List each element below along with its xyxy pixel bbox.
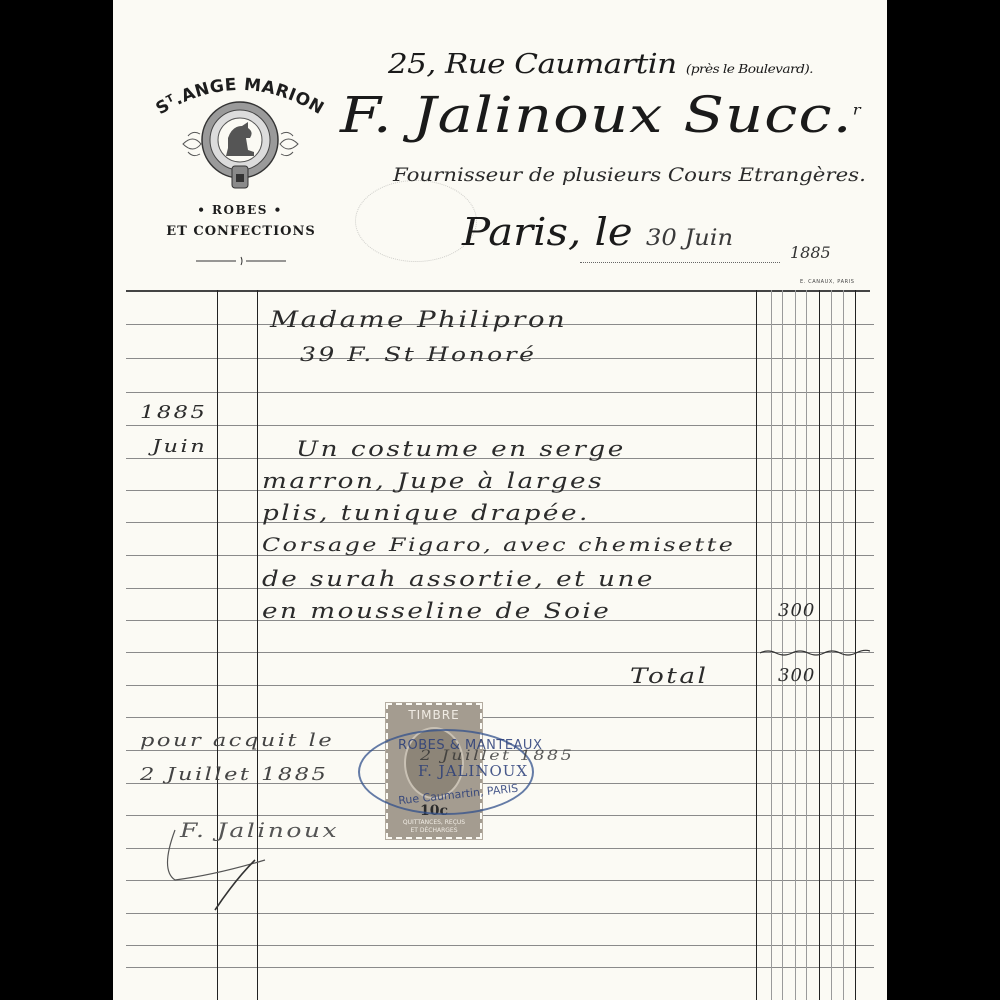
line-item-4: Corsage Figaro, avec chemisette bbox=[262, 534, 735, 556]
firm-name: F. Jalinoux Succ.r bbox=[340, 86, 862, 144]
ledger-rule bbox=[126, 685, 874, 686]
stamp-footer: QUITTANCES, REÇUS ET DÉCHARGES bbox=[388, 819, 480, 835]
customer-name: Madame Philipron bbox=[270, 308, 567, 333]
receipt-date-line: 2 Juillet 1885 bbox=[140, 764, 328, 785]
ledger-rule bbox=[126, 967, 874, 968]
tagline-confections: ET CONFECTIONS bbox=[148, 224, 334, 239]
customer-address: 39 F. St Honoré bbox=[300, 342, 536, 366]
cancel-stamp-line-2: F. JALINOUX bbox=[418, 762, 528, 780]
entry-month: Juin bbox=[152, 436, 207, 457]
ledger-rule bbox=[126, 815, 874, 816]
amount-subcolumn-line bbox=[771, 290, 772, 1000]
faint-stamp-imprint bbox=[355, 180, 477, 262]
amount-subcolumn-line bbox=[795, 290, 796, 1000]
ledger-rule bbox=[126, 392, 874, 393]
tagline-robes: • ROBES • bbox=[180, 203, 300, 217]
receipt-acquit-line: pour acquit le bbox=[140, 730, 334, 751]
printer-credit: E. CANAUX, PARIS bbox=[800, 279, 855, 285]
ledger-top-rule bbox=[126, 290, 870, 292]
line-item-6: en mousseline de Soie bbox=[262, 599, 611, 623]
dateline-day: 30 Juin bbox=[646, 226, 733, 251]
dateline: Paris, le 30 Juin bbox=[462, 210, 733, 254]
line-item-2: marron, Jupe à larges bbox=[262, 469, 604, 493]
address-note: (près le Boulevard). bbox=[686, 62, 813, 76]
amount-subcolumn-line bbox=[806, 290, 807, 1000]
amount-subcolumn-line bbox=[782, 290, 783, 1000]
supplier-line: Fournisseur de plusieurs Cours Etrangère… bbox=[393, 164, 866, 186]
ledger-rule bbox=[126, 717, 874, 718]
crest-belt-emblem-icon bbox=[178, 94, 303, 194]
ledger-right-line bbox=[855, 290, 856, 1000]
ledger-rule bbox=[126, 425, 874, 426]
dateline-year: 1885 bbox=[790, 243, 831, 262]
dateline-rule bbox=[580, 262, 780, 263]
dateline-city: Paris, le bbox=[462, 210, 633, 254]
total-amount: 300 bbox=[778, 665, 815, 686]
total-label: Total bbox=[630, 664, 708, 688]
stamp-title: TIMBRE bbox=[388, 708, 480, 722]
divider-flourish-icon bbox=[196, 256, 286, 266]
shop-address: 25, Rue Caumartin (près le Boulevard). bbox=[388, 49, 813, 80]
line-item-1: Un costume en serge bbox=[296, 437, 626, 461]
signature-flourish-icon bbox=[155, 820, 275, 920]
ledger-rule bbox=[126, 945, 874, 946]
amount-column-line bbox=[756, 290, 757, 1000]
cents-column-line bbox=[819, 290, 820, 1000]
cents-subcolumn-line bbox=[843, 290, 844, 1000]
cents-subcolumn-line bbox=[831, 290, 832, 1000]
sum-underline-stroke bbox=[760, 648, 870, 658]
entry-year: 1885 bbox=[140, 402, 207, 423]
line-item-5: de surah assortie, et une bbox=[262, 567, 655, 591]
cancel-stamp-handwritten-date: 2 Juillet 1885 bbox=[420, 748, 574, 764]
line-amount: 300 bbox=[778, 600, 815, 621]
line-item-3: plis, tunique drapée. bbox=[262, 501, 590, 525]
